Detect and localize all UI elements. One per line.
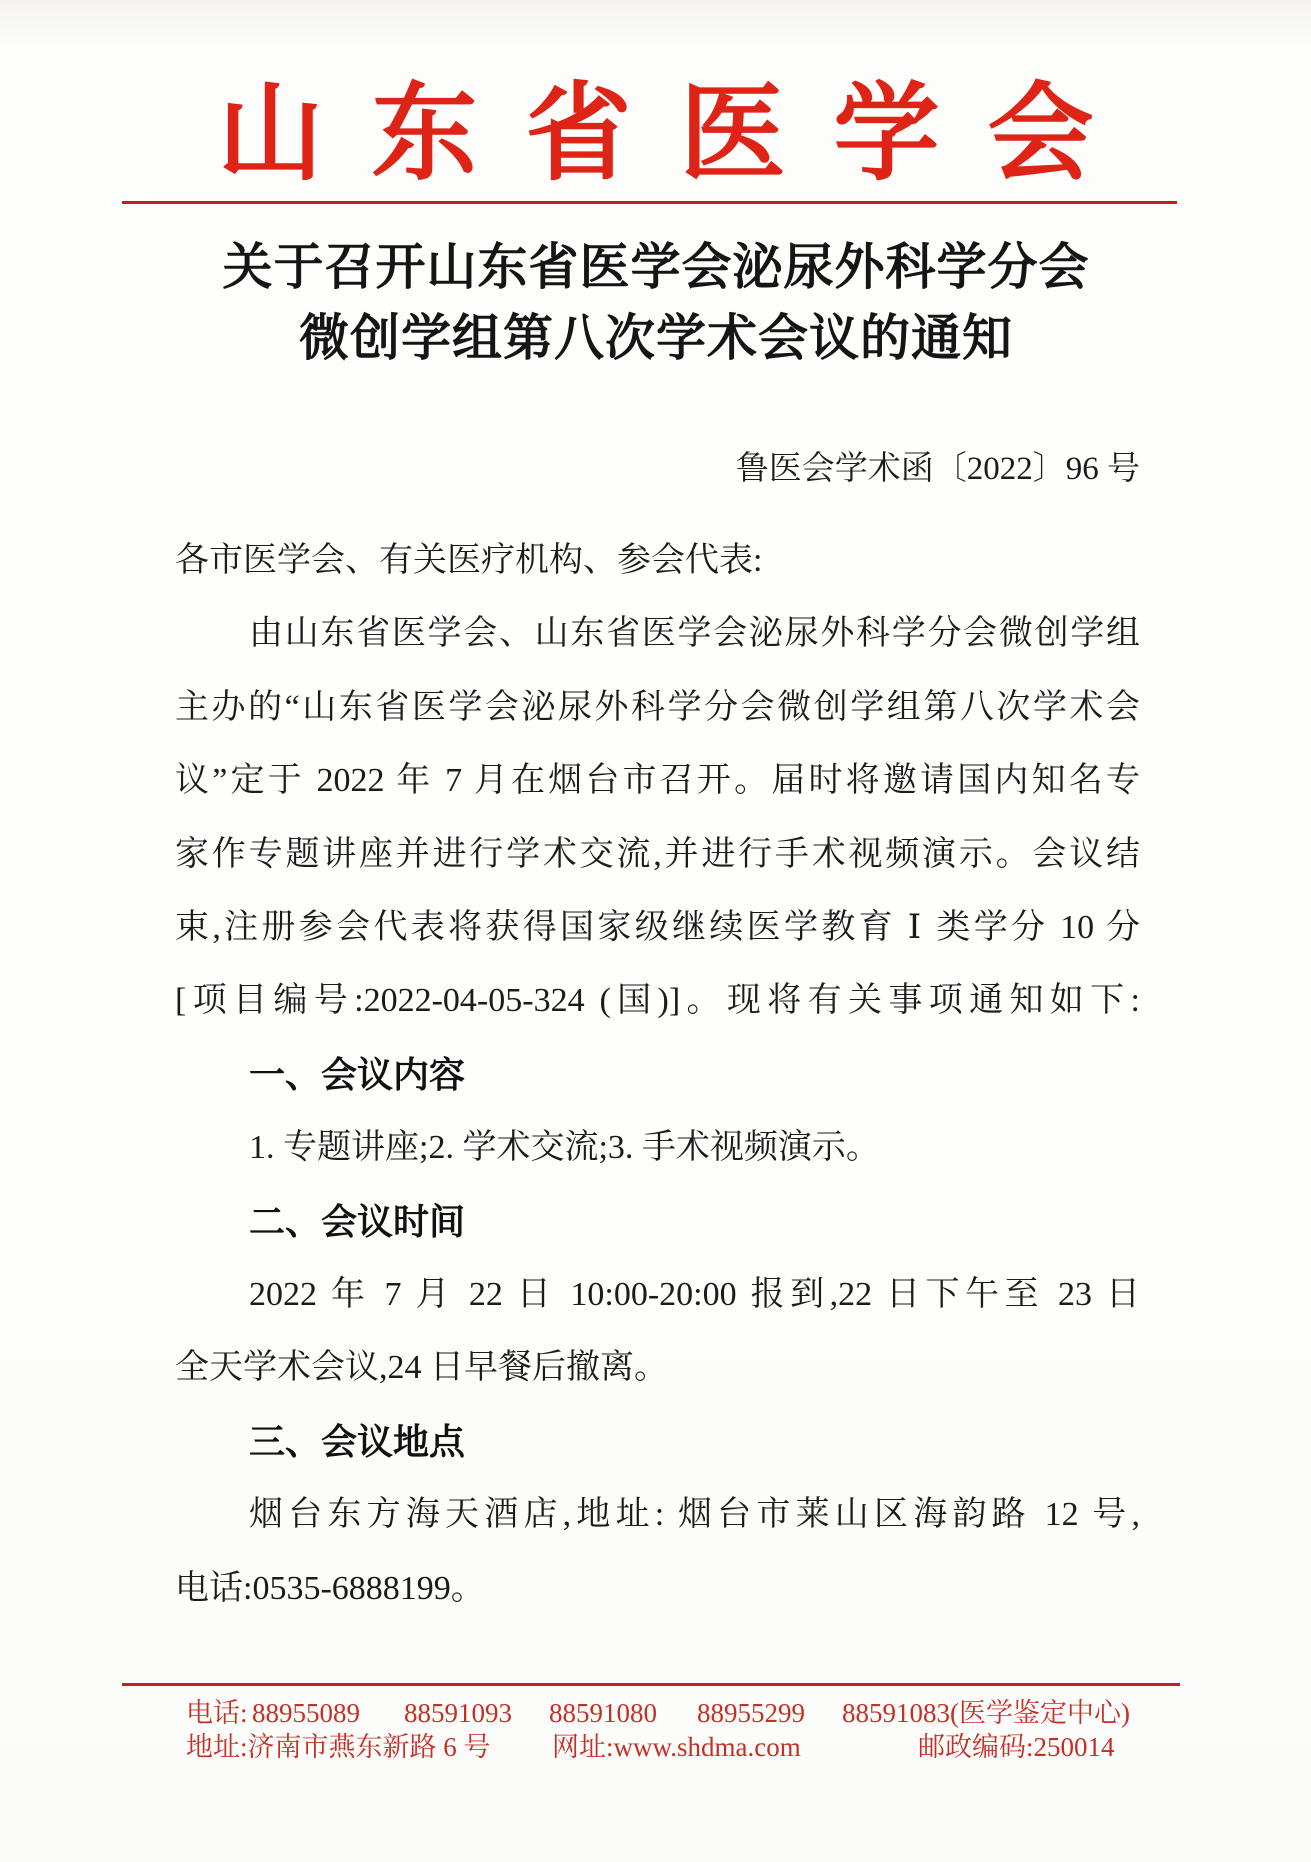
footer-address: 地址:济南市燕东新路 6 号 xyxy=(186,1730,491,1764)
footer-phone: 88955089 xyxy=(252,1696,360,1730)
footer-phone-label: 电话: xyxy=(186,1696,248,1730)
footer-website: 网址:www.shdma.com xyxy=(552,1730,801,1764)
footer-postal-code: 邮政编码:250014 xyxy=(918,1730,1115,1764)
footer-phone: 88591083(医学鉴定中心) xyxy=(842,1696,1130,1730)
footer-phone: 88591093 xyxy=(404,1696,512,1730)
footer-phone: 88955299 xyxy=(697,1696,805,1730)
footer-phone: 88591080 xyxy=(549,1696,657,1730)
footer: 电话: 88955089 88591093 88591080 88955299 … xyxy=(0,0,1311,1862)
document-page: 山东省医学会 关于召开山东省医学会泌尿外科学分会 微创学组第八次学术会议的通知 … xyxy=(0,0,1311,1862)
